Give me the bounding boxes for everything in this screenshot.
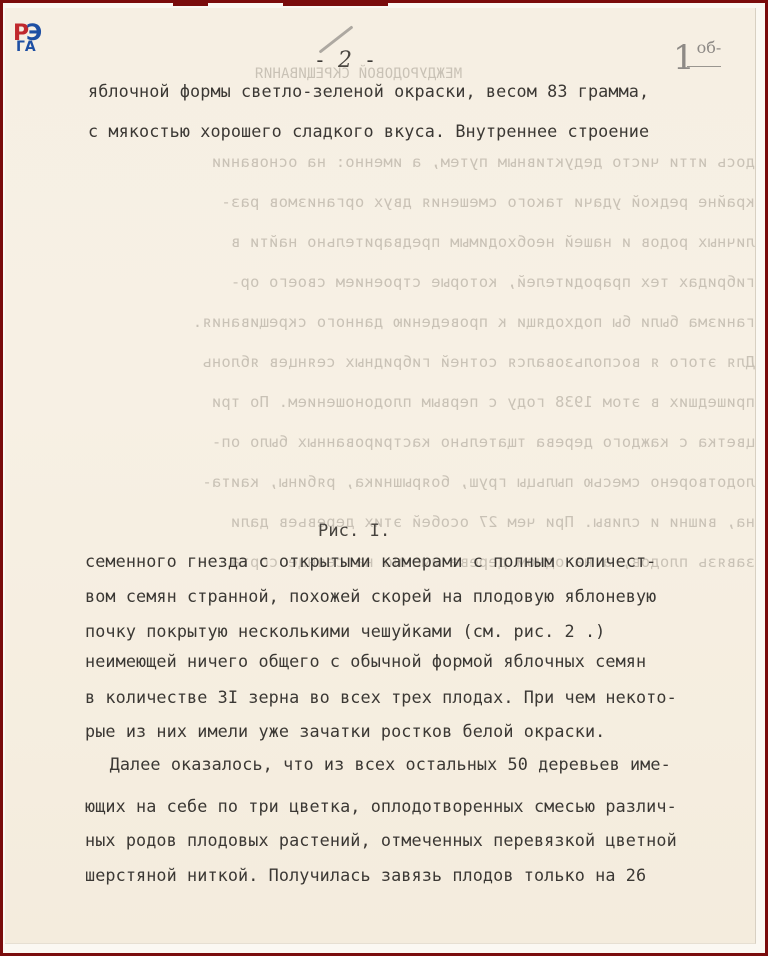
body-line: почку покрытую несколькими чешуйками (см…	[85, 621, 605, 641]
body-line: рые из них имели уже зачатки ростков бел…	[85, 721, 605, 741]
body-line: шерстяной ниткой. Получилась завязь плод…	[85, 865, 646, 885]
bleed-through-line: цветка с каждого дерева тщательно кастри…	[5, 433, 755, 451]
body-line: яблочной формы светло-зеленой окраски, в…	[88, 81, 649, 101]
body-line: в количестве 3I зерна во всех трех плода…	[85, 687, 677, 707]
scan-frame: Р Э ГА МЕЖДУРОДОВОЙ СКРЕЩИВАНИЯ дось итт…	[3, 3, 765, 953]
logo-letter-ga: ГА	[16, 39, 36, 55]
bleed-through-line: личных родов и нашей необходимым предвар…	[5, 233, 755, 251]
bleed-through-line: лодотворено смесью пыльцы груш, боярышни…	[5, 473, 755, 491]
body-line: Далее оказалось, что из всех остальных 5…	[79, 754, 671, 774]
page-number: - 2 -	[300, 48, 390, 73]
body-line: неимеющей ничего общего с обычной формой…	[85, 651, 646, 671]
bleed-through-line: гибридах тех прародителей, которые строе…	[5, 273, 755, 291]
figure-caption: Рис. I.	[318, 521, 390, 541]
body-line: ющих на себе по три цветка, оплодотворен…	[85, 796, 677, 816]
bleed-through-line: пришедших в этом 1938 году с первым плод…	[5, 393, 755, 411]
bleed-through-line: Для этого я воспользовался сотней гибрид…	[5, 353, 755, 371]
page-number-value: 2	[338, 48, 352, 73]
archive-logo: Р Э ГА	[13, 23, 43, 59]
document-page: Р Э ГА МЕЖДУРОДОВОЙ СКРЕЩИВАНИЯ дось итт…	[5, 8, 756, 944]
bleed-through-line: ганизма были бы подходящи к проведению д…	[5, 313, 755, 331]
body-line: вом семян странной, похожей скорей на пл…	[85, 586, 656, 606]
body-line: семенного гнезда с открытыми камерами с …	[85, 551, 656, 571]
folio-mark: 1об-	[673, 38, 721, 78]
bleed-through-line: дось итти чисто дедуктивным путем, а име…	[5, 153, 755, 171]
bleed-through-line: крайне редкой удачи такого смешения двух…	[5, 193, 755, 211]
body-line: с мякостью хорошего сладкого вкуса. Внут…	[88, 121, 649, 141]
body-line: ных родов плодовых растений, отмеченных …	[85, 830, 677, 850]
